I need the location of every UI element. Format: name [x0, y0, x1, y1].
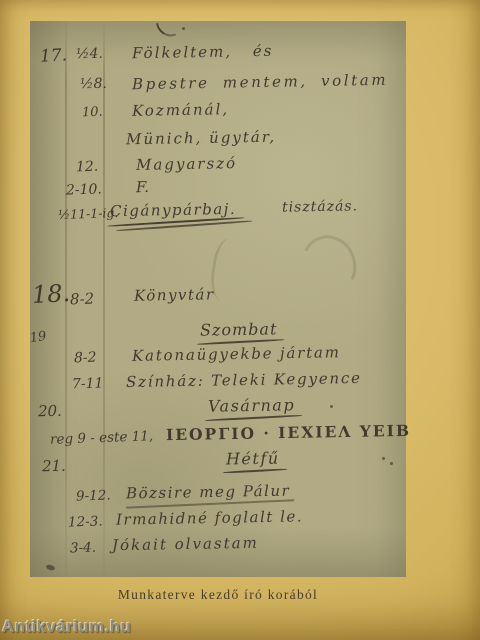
day-number: 20. — [38, 403, 62, 420]
day-heading-underlined: Hétfű — [226, 450, 280, 469]
time-entry: 2-10. — [66, 182, 102, 199]
handwritten-line: Bözsire meg Pálur — [126, 483, 290, 502]
cipher-text: ΙΕΟΡΓΙΟ · ΙΕΧΙΕΛ ΥΕΙΒ — [166, 422, 411, 443]
book-page: 17. ½4. Fölkeltem, és ½8. Bpestre mentem… — [0, 0, 480, 640]
ink-dot — [390, 462, 393, 465]
time-entry: 7-11 — [72, 376, 104, 392]
day-number: 21. — [42, 458, 66, 475]
time-entry: 8-2 — [74, 351, 97, 367]
ink-dot — [182, 27, 185, 30]
time-entry: 12. — [76, 160, 99, 176]
handwritten-line: Kozmánál, — [132, 101, 229, 119]
handwritten-line: Magyarszó — [136, 155, 237, 173]
day-heading-underlined: Vasárnap — [208, 396, 295, 415]
time-entry: 3-4. — [70, 541, 97, 557]
handwritten-line: Münich, ügytár, — [126, 129, 276, 148]
day-heading-underlined: Szombat — [200, 320, 278, 339]
handwritten-line: Könyvtár — [134, 286, 215, 304]
handwritten-line: Irmahidné foglalt le. — [116, 508, 303, 528]
day-number: 17. — [40, 46, 68, 66]
faint-ink-ghost — [294, 228, 364, 302]
time-entry: 8-2 — [70, 291, 95, 308]
handwritten-line: F. — [136, 179, 149, 196]
time-entry: ½4. — [76, 47, 103, 63]
antikvarium-watermark: Antikvárium.hu — [2, 617, 131, 637]
time-entry: 9-12. — [76, 488, 111, 504]
handwritten-line: Jókait olvastam — [112, 535, 259, 554]
manuscript-photo: 17. ½4. Fölkeltem, és ½8. Bpestre mentem… — [30, 21, 406, 577]
day-number: 18. — [31, 280, 71, 308]
handwritten-line-underlined: Cigánypárbaj. — [110, 201, 236, 220]
ink-dot — [382, 457, 385, 460]
ink-dot — [330, 405, 333, 408]
time-entry: reg 9 - este 11, — [50, 429, 154, 447]
handwritten-line: Fölkeltem, és — [132, 43, 274, 62]
photo-caption: Munkaterve kezdő író korából — [30, 587, 406, 603]
handwritten-line: Színház: Teleki Kegyence — [126, 370, 362, 391]
time-entry: ½8. — [80, 77, 107, 93]
handwritten-line: Katonaügyekbe jártam — [132, 344, 341, 364]
time-entry: 12-3. — [68, 514, 103, 530]
handwritten-line: Bpestre mentem, voltam — [132, 72, 388, 93]
time-entry: 10. — [82, 106, 103, 121]
ink-blot — [45, 564, 55, 572]
day-number: 19 — [29, 330, 47, 346]
ink-flourish — [156, 19, 176, 40]
handwritten-note: tisztázás. — [282, 199, 358, 216]
